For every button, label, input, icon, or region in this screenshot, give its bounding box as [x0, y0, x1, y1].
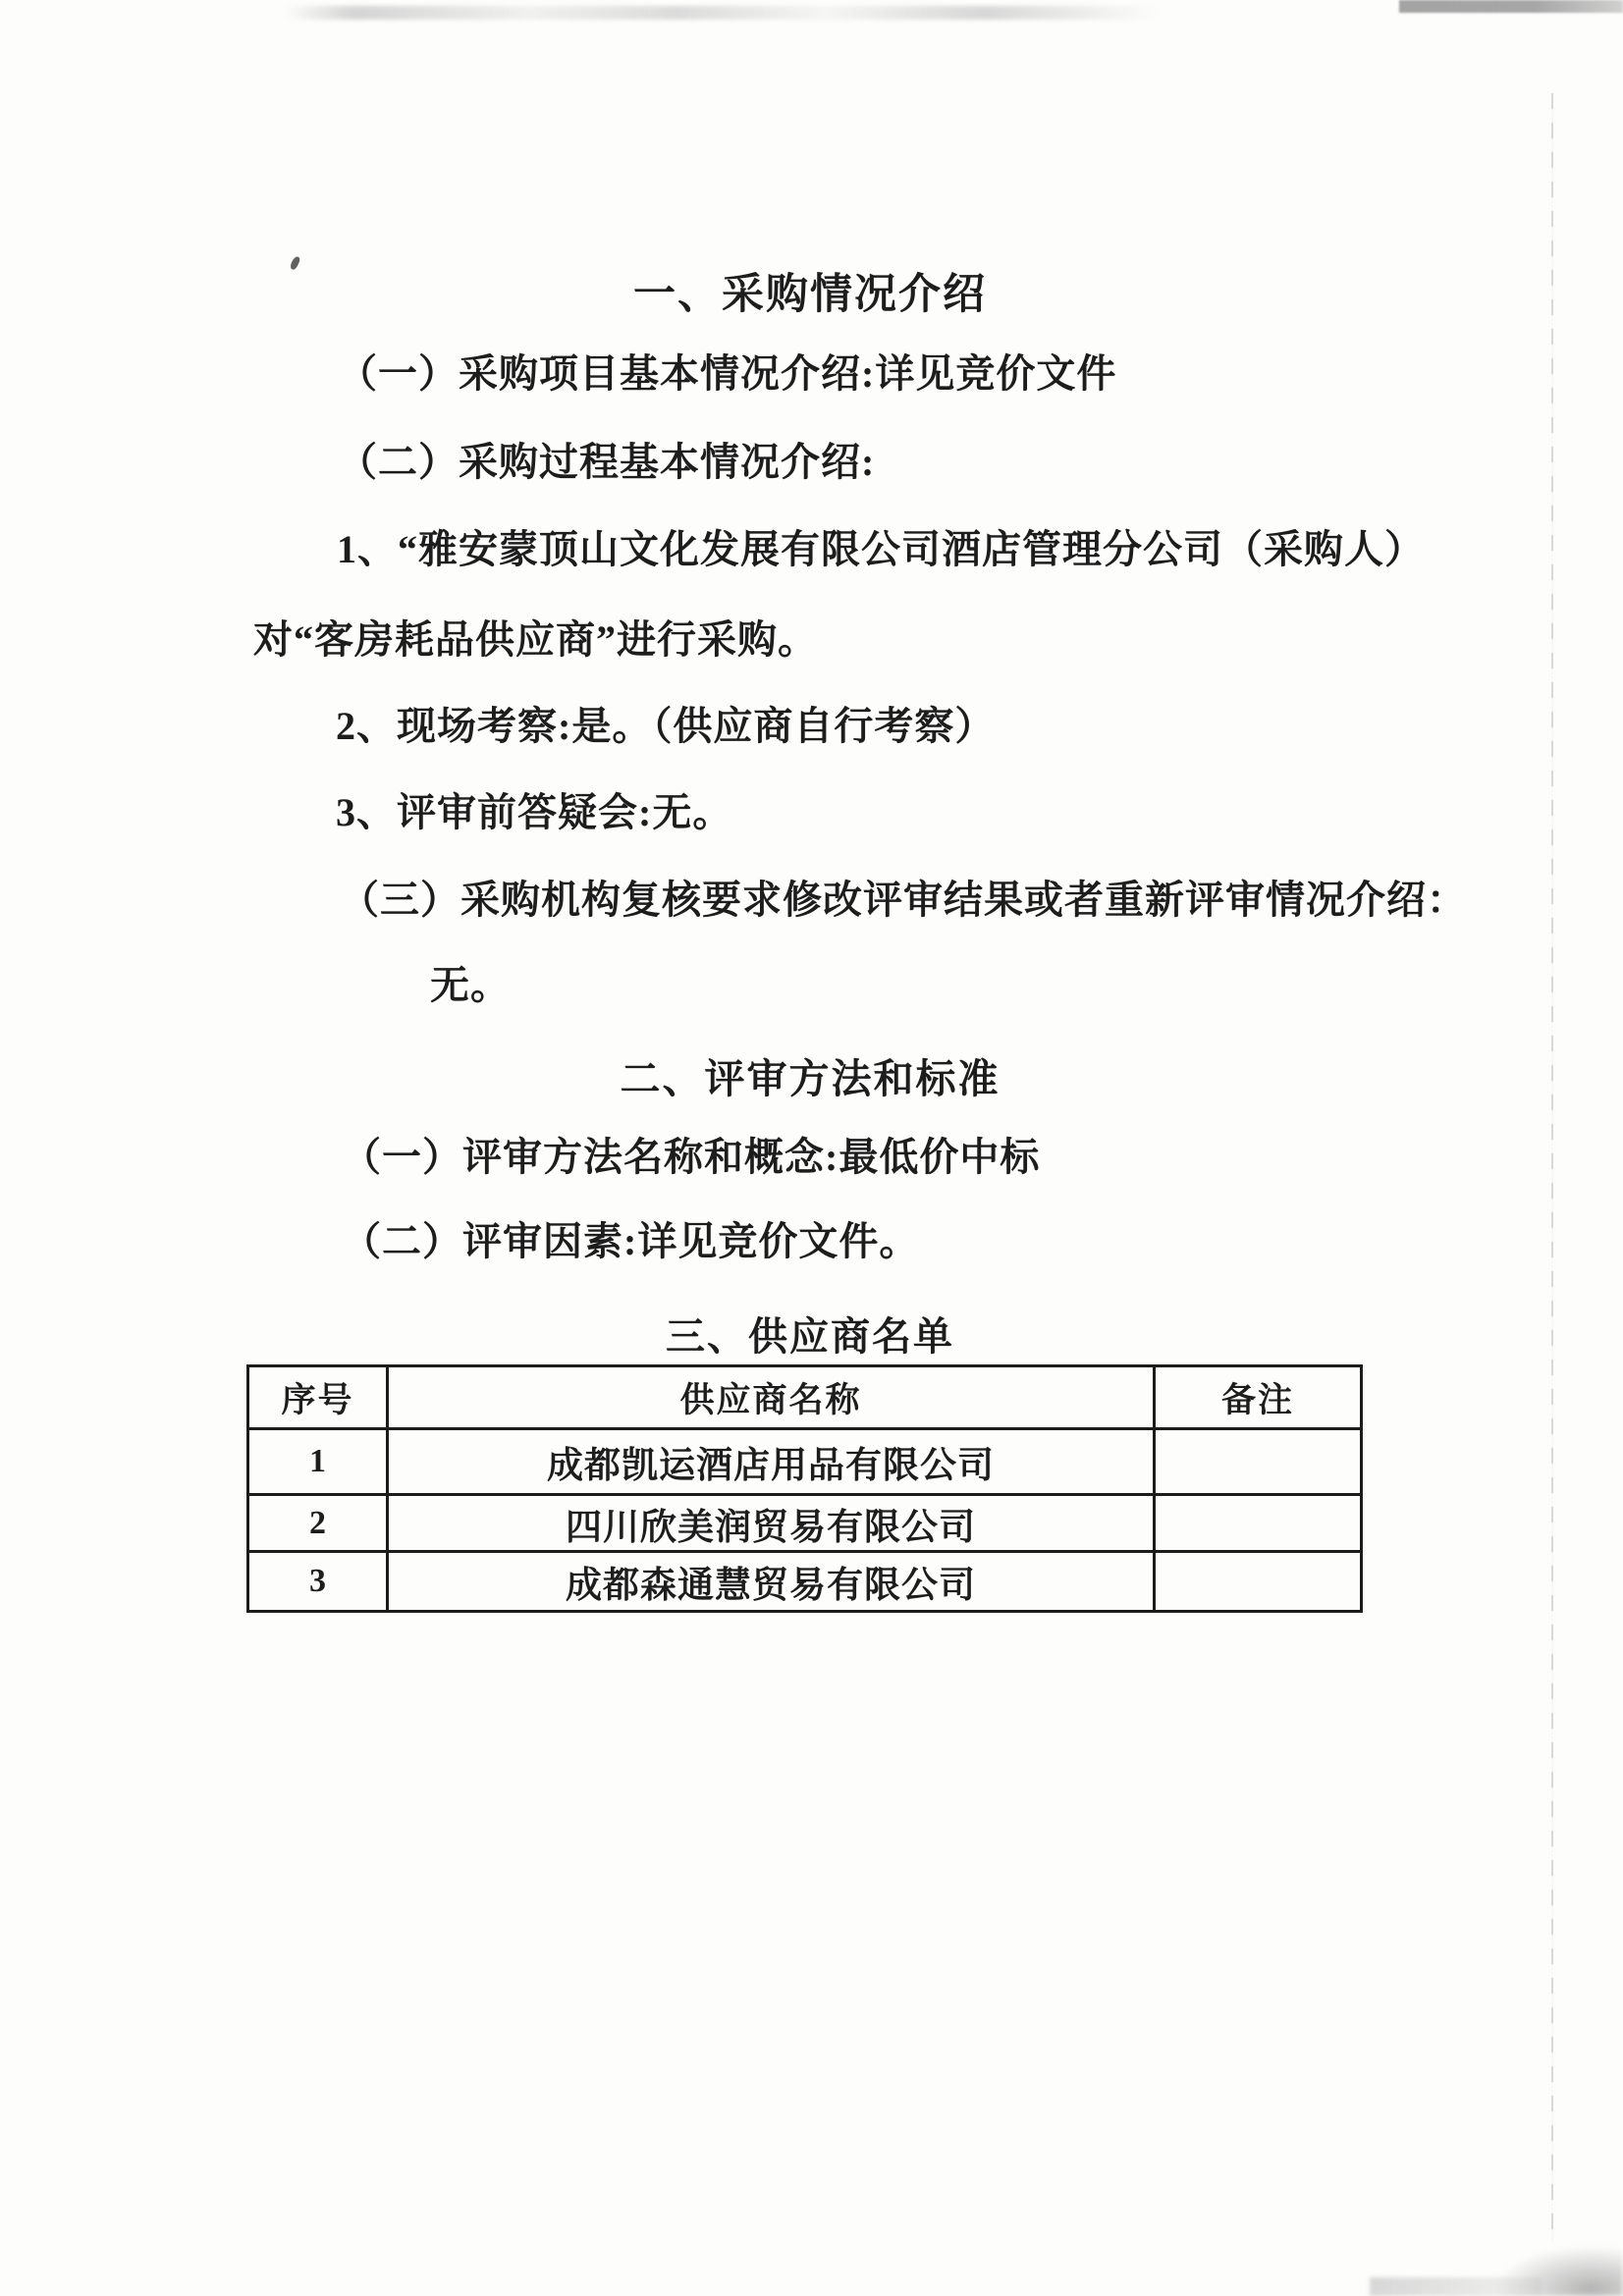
table-cell-remark	[1155, 1552, 1362, 1612]
scan-artifact-bottom-right-smudge	[1496, 2246, 1623, 2296]
paragraph-review-method: （一）评审方法名称和概念:最低价中标	[342, 1134, 1040, 1181]
scan-artifact-top-right-bar	[1399, 0, 1623, 13]
table-cell-no: 2	[248, 1495, 388, 1552]
paragraph-review-modification-line-1: （三）采购机构复核要求修改评审结果或者重新评审情况介绍：	[340, 877, 1467, 924]
table-cell-remark	[1155, 1495, 1362, 1552]
scan-artifact-right-edge-line	[1551, 93, 1553, 2243]
table-header-supplier-name: 供应商名称	[388, 1366, 1155, 1429]
section-1-heading: 一、采购情况介绍	[253, 261, 1367, 321]
table-row: 3 成都森通慧贸易有限公司	[248, 1552, 1362, 1612]
table-header-no: 序号	[248, 1366, 388, 1429]
paragraph-review-factors: （二）评审因素:详见竞价文件。	[342, 1218, 919, 1265]
table-cell-no: 3	[248, 1552, 388, 1612]
paragraph-purchaser-line-2: 对“客房耗品供应商”进行采购。	[253, 616, 818, 664]
supplier-table: 序号 供应商名称 备注 1 成都凯运酒店用品有限公司 2 四川欣美润贸易有限公司…	[246, 1364, 1363, 1613]
table-cell-supplier-name: 四川欣美润贸易有限公司	[388, 1495, 1155, 1552]
table-row: 2 四川欣美润贸易有限公司	[248, 1495, 1362, 1552]
section-2-heading: 二、评审方法和标准	[253, 1046, 1367, 1104]
scan-artifact-bottom-smudge	[1370, 2277, 1542, 2296]
document-page: 一、采购情况介绍 （一）采购项目基本情况介绍:详见竞价文件 （二）采购过程基本情…	[0, 0, 1623, 2296]
table-cell-no: 1	[248, 1429, 388, 1495]
scan-artifact-top-smudge	[285, 6, 1159, 20]
table-cell-supplier-name: 成都森通慧贸易有限公司	[388, 1552, 1155, 1612]
table-row: 1 成都凯运酒店用品有限公司	[248, 1429, 1362, 1495]
paragraph-qa-meeting: 3、评审前答疑会:无。	[336, 789, 732, 836]
table-cell-supplier-name: 成都凯运酒店用品有限公司	[388, 1429, 1155, 1495]
paragraph-review-modification-line-2: 无。	[430, 962, 511, 1009]
paragraph-process-intro: （二）采购过程基本情况介绍:	[338, 439, 875, 486]
section-3-heading: 三、供应商名单	[253, 1306, 1367, 1362]
table-header-remark: 备注	[1155, 1366, 1362, 1429]
table-header-row: 序号 供应商名称 备注	[248, 1366, 1362, 1429]
paragraph-project-intro: （一）采购项目基本情况介绍:详见竞价文件	[338, 350, 1116, 398]
table-cell-remark	[1155, 1429, 1362, 1495]
paragraph-site-visit: 2、现场考察:是。（供应商自行考察）	[336, 703, 995, 750]
paragraph-purchaser-line-1: 1、“雅安蒙顶山文化发展有限公司酒店管理分公司（采购人）	[337, 526, 1425, 573]
